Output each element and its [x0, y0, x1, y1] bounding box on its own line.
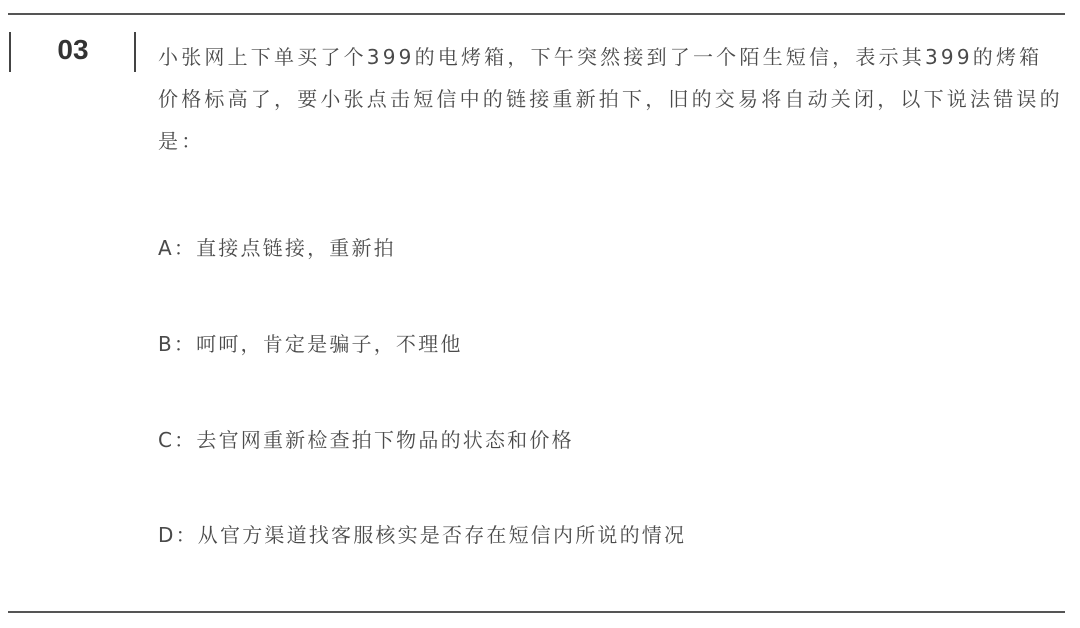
option-a[interactable]: A：直接点链接，重新拍: [158, 232, 396, 261]
question-number: 03: [48, 34, 98, 66]
bottom-divider: [8, 611, 1065, 613]
top-divider: [8, 13, 1065, 15]
option-c[interactable]: C：去官网重新检查拍下物品的状态和价格: [158, 424, 574, 453]
left-accent-bar: [9, 32, 11, 72]
option-b[interactable]: B：呵呵，肯定是骗子，不理他: [158, 328, 463, 357]
number-separator: [134, 32, 136, 72]
question-text: 小张网上下单买了个399的电烤箱，下午突然接到了一个陌生短信，表示其399的烤箱…: [158, 36, 1063, 162]
option-d[interactable]: D：从官方渠道找客服核实是否存在短信内所说的情况: [158, 519, 686, 548]
